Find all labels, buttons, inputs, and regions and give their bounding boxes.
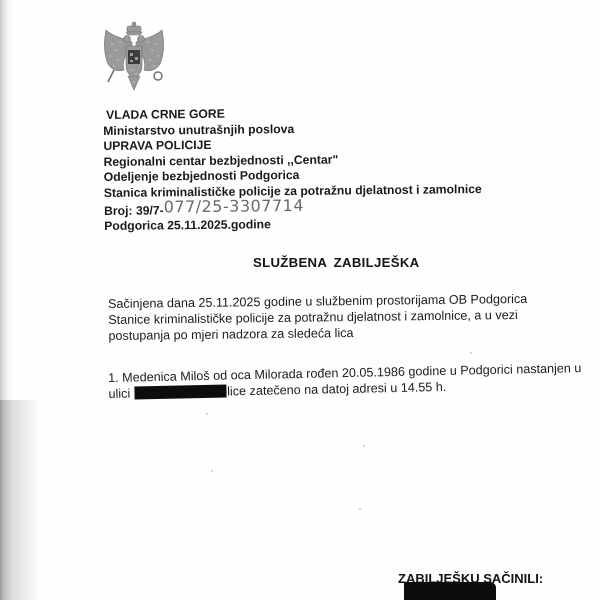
person-entry-status: lice zatečeno na datoj adresi u 14.55 h. <box>227 380 446 399</box>
street-label: ulici <box>108 387 130 401</box>
scan-speck <box>211 470 213 472</box>
signature-redaction <box>404 582 496 600</box>
scan-speck <box>206 413 208 415</box>
person-entry: 1. Medenica Miloš od oca Milorada rođen … <box>108 360 582 402</box>
document-date: Podgorica 25.11.2025.godine <box>104 215 482 235</box>
document-title: SLUŽBENA ZABILJEŠKA <box>253 255 419 270</box>
intro-paragraph: Sačinjena dana 25.11.2025 godine u služb… <box>108 291 529 344</box>
issuer-header: VLADA CRNE GORE Ministarstvo unutrašnjih… <box>103 104 482 235</box>
document-page: VLADA CRNE GORE Ministarstvo unutrašnjih… <box>0 0 600 600</box>
reference-number-label: Broj: 39/7- <box>104 203 164 218</box>
scanner-edge-shadow-lower <box>0 400 40 600</box>
reference-number-handwritten: 077/25-3307714 <box>164 195 305 215</box>
coat-of-arms-icon <box>100 20 168 94</box>
scan-speck <box>359 508 361 510</box>
scan-speck <box>363 445 365 447</box>
address-redaction <box>134 385 226 400</box>
scan-speck <box>470 352 472 354</box>
